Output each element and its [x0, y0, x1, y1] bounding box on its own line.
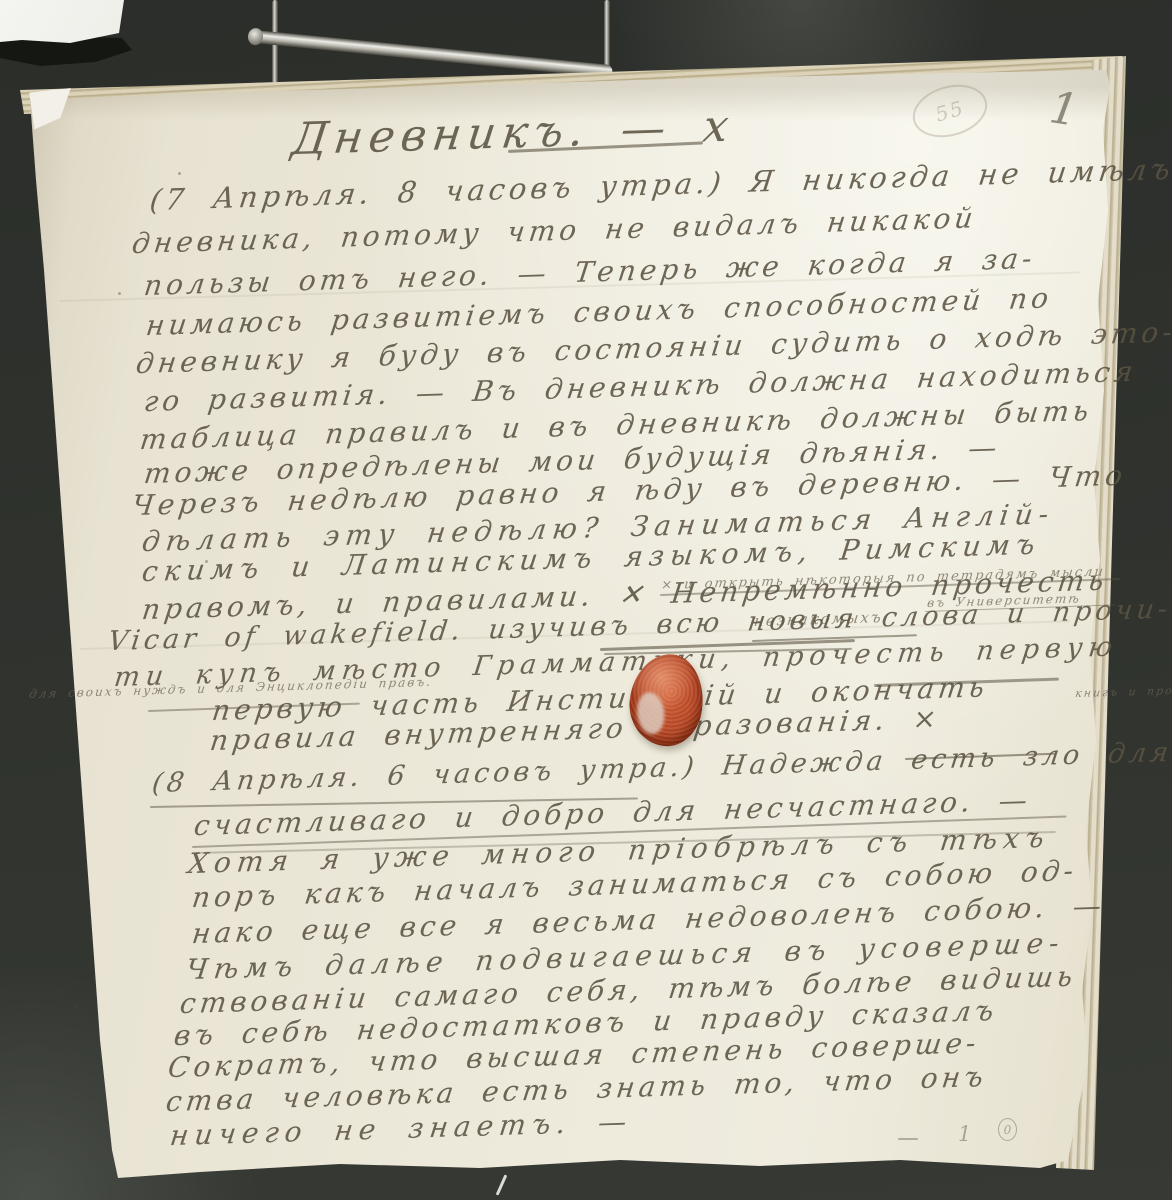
ink-speck: [178, 172, 181, 175]
wax-seal-highlight: [635, 691, 667, 736]
stand-rod-horizontal: [253, 30, 613, 78]
ink-speck: [205, 560, 208, 563]
ink-stroke-mark: [898, 1138, 918, 1140]
manuscript-photograph: 55 1 Дневникъ. — х (7 Апрѣля. 8 часовъ у…: [0, 0, 1172, 1200]
corner-pencil-mark-zero: 0: [998, 1118, 1017, 1141]
handwritten-line: книгъ и проч.: [1075, 685, 1172, 699]
stand-rod-vertical-left: [272, 0, 278, 96]
ink-speck: [118, 292, 121, 295]
archive-stamp-text: 55: [933, 95, 968, 126]
manuscript-title: Дневникъ. — х: [289, 104, 737, 162]
paper-fiber: [496, 1174, 508, 1195]
corner-pencil-mark-one: 1: [958, 1122, 971, 1146]
ink-speck: [75, 1005, 78, 1008]
